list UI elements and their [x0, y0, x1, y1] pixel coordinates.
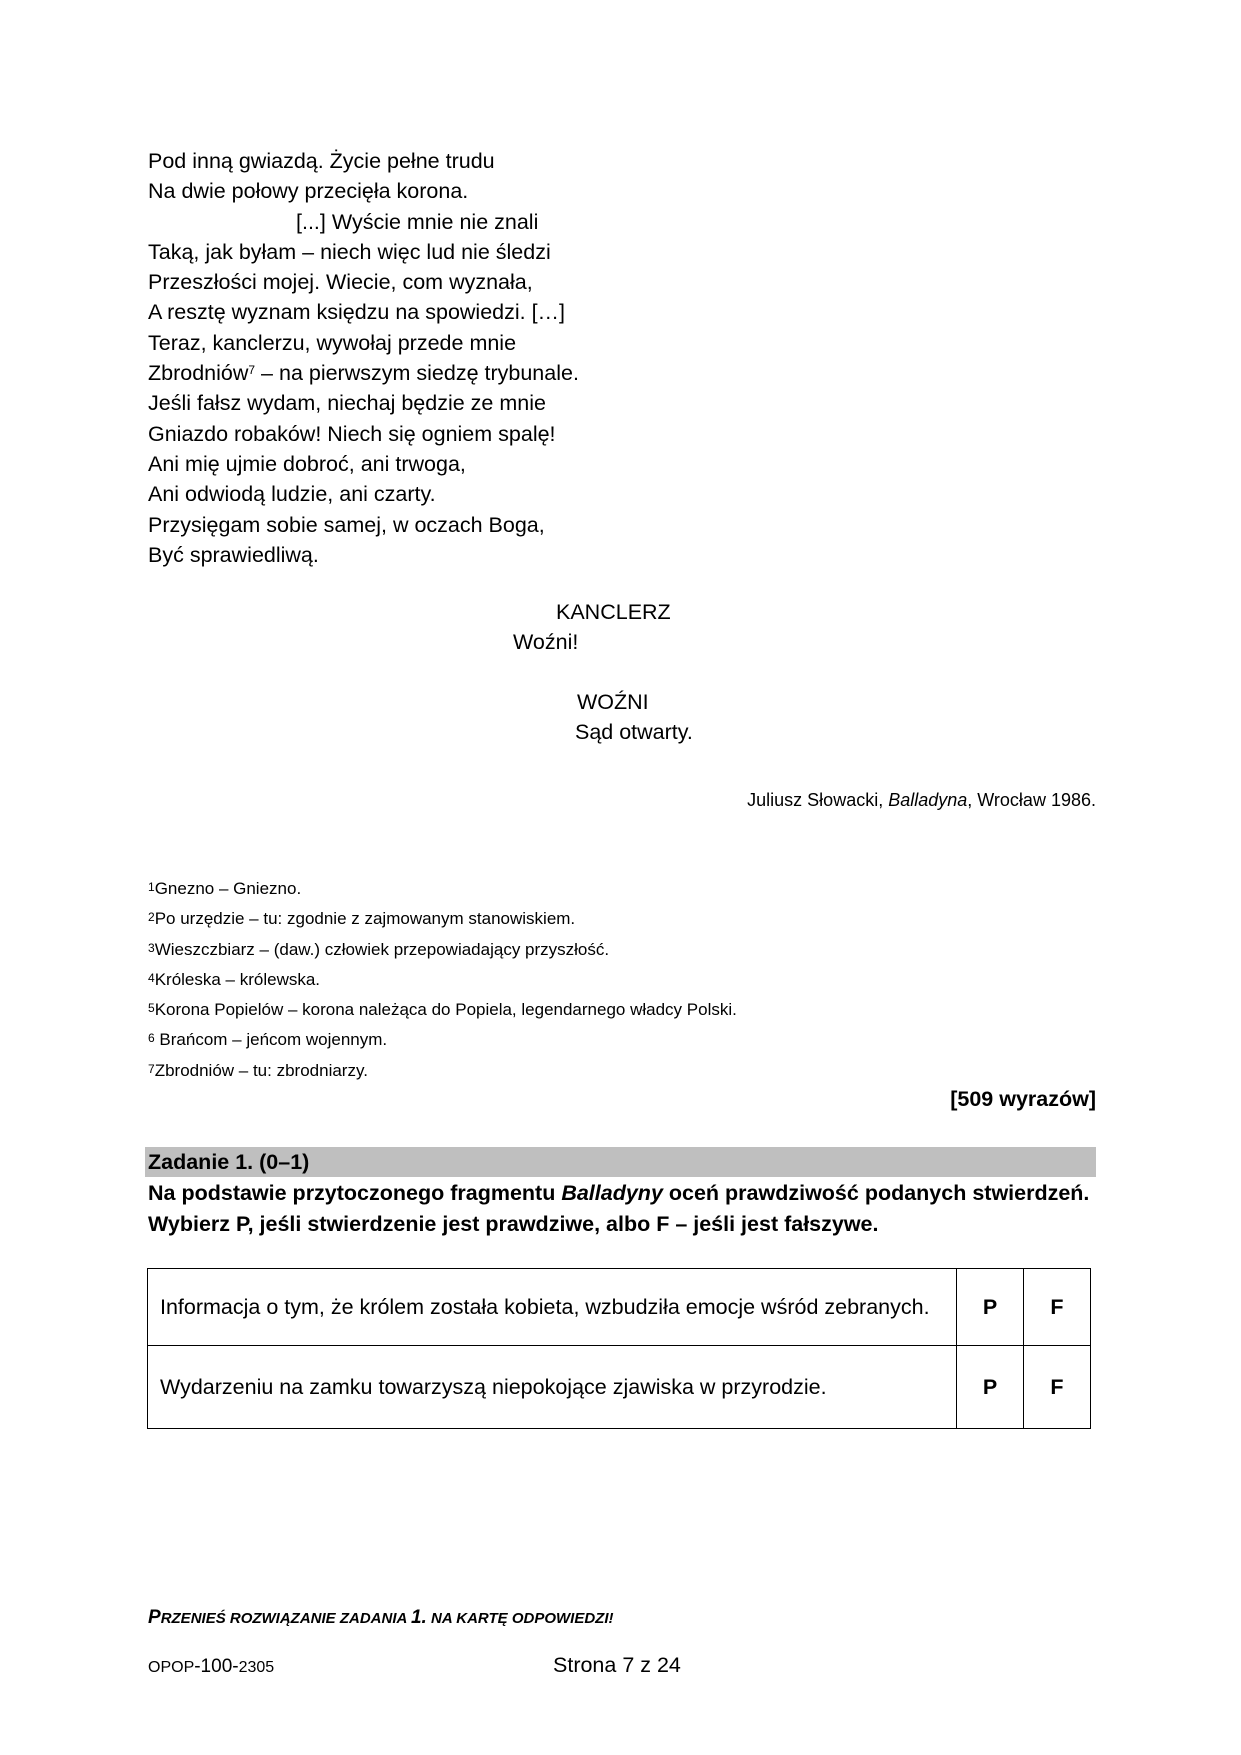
transfer-text: RZENIEŚ ROZWIĄZANIE ZADANIA: [161, 1610, 411, 1627]
poem-line: Zbrodniów7 – na pierwszym siedzę trybuna…: [148, 358, 579, 388]
exam-code-part: 2305: [239, 1659, 275, 1676]
footnote-text: Zbrodniów – tu: zbrodniarzy.: [155, 1061, 368, 1080]
poem-line: Gniazdo robaków! Niech się ogniem spalę!: [148, 419, 579, 449]
task-heading: Zadanie 1. (0–1): [145, 1147, 1096, 1177]
footnote: 7Zbrodniów – tu: zbrodniarzy.: [148, 1056, 737, 1086]
transfer-text: P: [148, 1607, 161, 1628]
footnote-number: 2: [148, 910, 155, 924]
exam-code: OPOP-100-2305: [148, 1656, 274, 1678]
transfer-text: NA KARTĘ ODPOWIEDZI!: [427, 1610, 614, 1627]
statement-row: Informacja o tym, że królem została kobi…: [148, 1269, 1091, 1346]
footnote-text: Brańcom – jeńcom wojennym.: [155, 1030, 387, 1049]
footnotes: 1Gnezno – Gniezno.2Po urzędzie – tu: zgo…: [148, 874, 737, 1086]
speaker-wozni: WOŹNI: [577, 690, 649, 715]
source-citation: Juliusz Słowacki, Balladyna, Wrocław 198…: [747, 790, 1096, 811]
instruction-text: Na podstawie przytoczonego fragmentu: [148, 1181, 561, 1205]
citation-rest: , Wrocław 1986.: [967, 790, 1096, 810]
footnote-text: Po urzędzie – tu: zgodnie z zajmowanym s…: [155, 909, 575, 928]
option-false[interactable]: F: [1024, 1269, 1091, 1346]
transfer-instruction: PRZENIEŚ ROZWIĄZANIE ZADANIA 1. NA KARTĘ…: [148, 1607, 614, 1629]
poem-line: Na dwie połowy przecięła korona.: [148, 176, 579, 206]
exam-code-part: OPOP: [148, 1659, 194, 1676]
footnote-text: Gnezno – Gniezno.: [155, 879, 301, 898]
poem-excerpt: Pod inną gwiazdą. Życie pełne truduNa dw…: [148, 146, 579, 570]
footnote-ref: 7: [248, 363, 255, 377]
poem-line: Ani mię ujmie dobroć, ani trwoga,: [148, 449, 579, 479]
footnote-text: Króleska – królewska.: [155, 970, 320, 989]
footnote: 2Po urzędzie – tu: zgodnie z zajmowanym …: [148, 904, 737, 934]
speaker-kanclerz: KANCLERZ: [556, 600, 671, 625]
line-wozni: Sąd otwarty.: [575, 720, 693, 745]
poem-line: A resztę wyznam księdzu na spowiedzi. [……: [148, 297, 579, 327]
poem-line: Teraz, kanclerzu, wywołaj przede mnie: [148, 328, 579, 358]
word-count: [509 wyrazów]: [950, 1087, 1096, 1112]
instruction-title: Balladyny: [561, 1181, 663, 1205]
statement-text: Wydarzeniu na zamku towarzyszą niepokoją…: [148, 1346, 957, 1429]
footnote-number: 1: [148, 880, 155, 894]
poem-line: Ani odwiodą ludzie, ani czarty.: [148, 479, 579, 509]
true-false-table: Informacja o tym, że królem została kobi…: [147, 1268, 1091, 1429]
poem-line: Pod inną gwiazdą. Życie pełne trudu: [148, 146, 579, 176]
line-kanclerz: Woźni!: [513, 630, 578, 655]
footnote: 6 Brańcom – jeńcom wojennym.: [148, 1025, 737, 1055]
poem-line: Taką, jak byłam – niech więc lud nie śle…: [148, 237, 579, 267]
option-true[interactable]: P: [957, 1269, 1024, 1346]
footnote-text: Wieszczbiarz – (daw.) człowiek przepowia…: [155, 940, 609, 959]
footnote: 3Wieszczbiarz – (daw.) człowiek przepowi…: [148, 935, 737, 965]
poem-line: Przeszłości mojej. Wiecie, com wyznała,: [148, 267, 579, 297]
exam-code-part: -100-: [194, 1656, 238, 1677]
page-number: Strona 7 z 24: [553, 1653, 681, 1678]
statement-text: Informacja o tym, że królem została kobi…: [148, 1269, 957, 1346]
footnote-number: 3: [148, 941, 155, 955]
citation-author: Juliusz Słowacki,: [747, 790, 888, 810]
statement-row: Wydarzeniu na zamku towarzyszą niepokoją…: [148, 1346, 1091, 1429]
footnote: 1Gnezno – Gniezno.: [148, 874, 737, 904]
footnote-number: 4: [148, 971, 155, 985]
task-instruction: Na podstawie przytoczonego fragmentu Bal…: [148, 1178, 1098, 1240]
footnote-number: 5: [148, 1001, 155, 1015]
poem-line: Być sprawiedliwą.: [148, 540, 579, 570]
transfer-text: 1.: [411, 1607, 427, 1628]
poem-line: Jeśli fałsz wydam, niechaj będzie ze mni…: [148, 388, 579, 418]
footnote: 5Korona Popielów – korona należąca do Po…: [148, 995, 737, 1025]
footnote-number: 6: [148, 1031, 155, 1045]
option-false[interactable]: F: [1024, 1346, 1091, 1429]
footnote: 4Króleska – królewska.: [148, 965, 737, 995]
option-true[interactable]: P: [957, 1346, 1024, 1429]
citation-title: Balladyna: [888, 790, 967, 810]
footnote-number: 7: [148, 1062, 155, 1076]
poem-line: Przysięgam sobie samej, w oczach Boga,: [148, 510, 579, 540]
footnote-text: Korona Popielów – korona należąca do Pop…: [155, 1000, 737, 1019]
poem-line: [...] Wyście mnie nie znali: [148, 207, 579, 237]
